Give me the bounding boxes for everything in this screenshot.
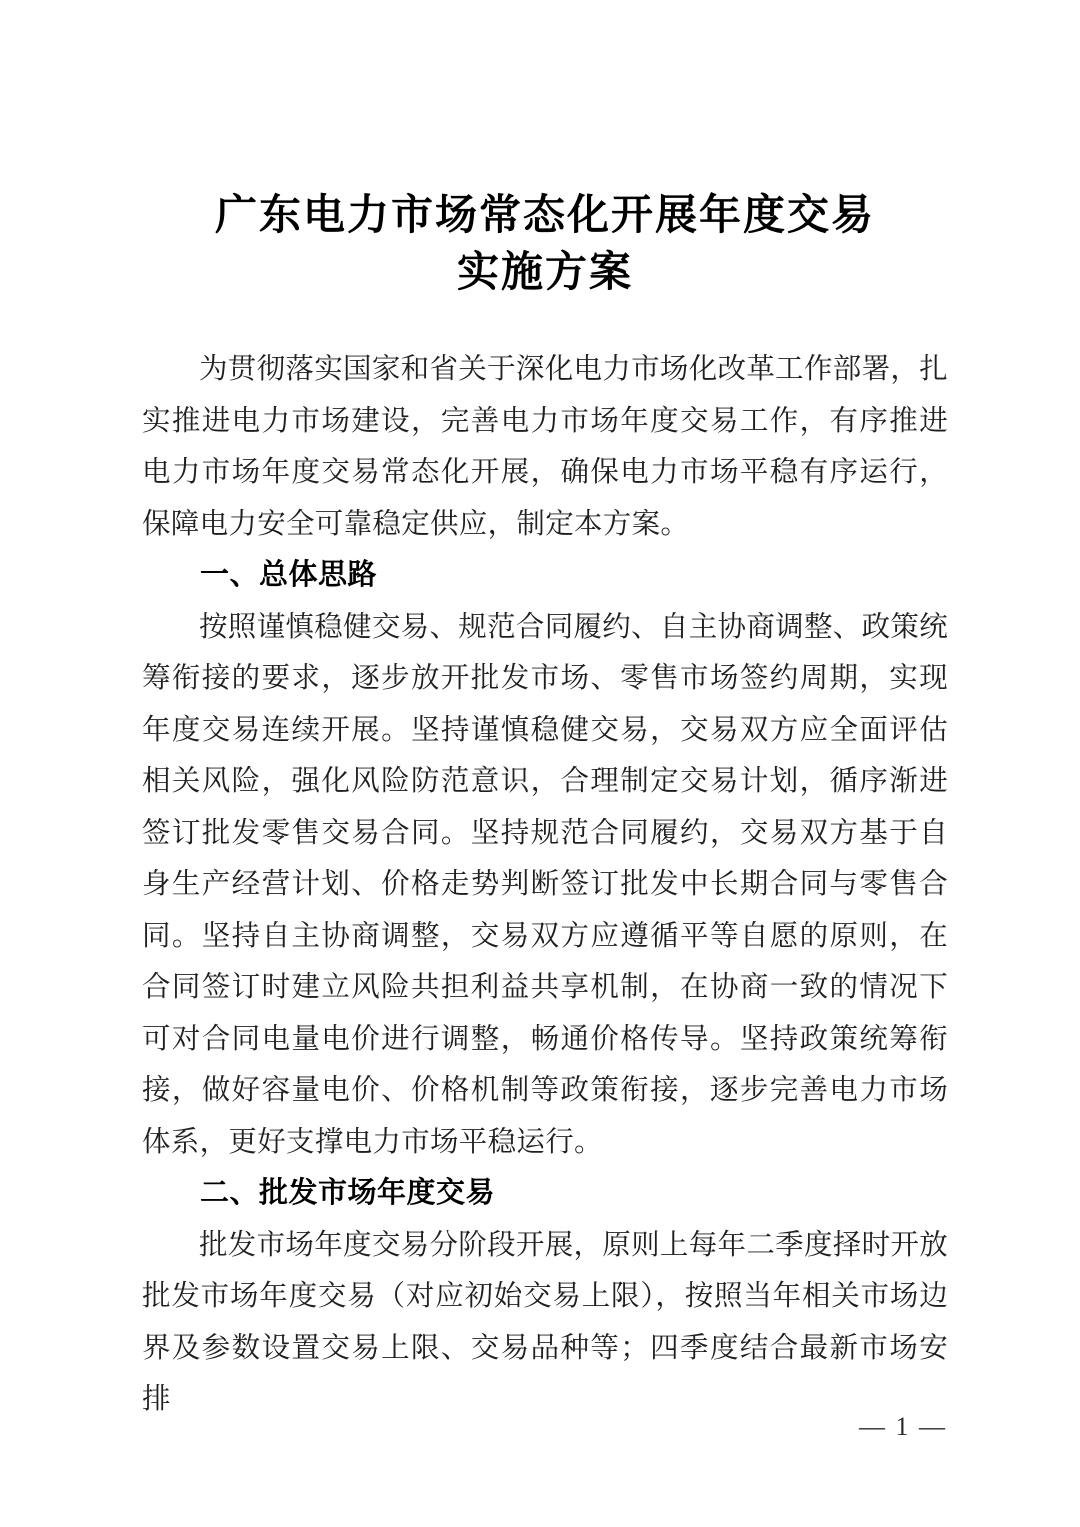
document-content: 广东电力市场常态化开展年度交易 实施方案 为贯彻落实国家和省关于深化电力市场化改… [142, 0, 948, 1426]
document-page: 广东电力市场常态化开展年度交易 实施方案 为贯彻落实国家和省关于深化电力市场化改… [0, 0, 1080, 1527]
document-title-line-2: 实施方案 [142, 245, 948, 302]
paragraph-intro: 为贯彻落实国家和省关于深化电力市场化改革工作部署，扎实推进电力市场建设，完善电力… [142, 344, 948, 550]
document-title-line-1: 广东电力市场常态化开展年度交易 [142, 188, 948, 245]
section-heading-2: 二、批发市场年度交易 [142, 1168, 948, 1220]
page-number: — 1 — [859, 1412, 947, 1442]
document-title: 广东电力市场常态化开展年度交易 实施方案 [142, 188, 948, 302]
paragraph-overall-approach: 按照谨慎稳健交易、规范合同履约、自主协商调整、政策统筹衔接的要求，逐步放开批发市… [142, 602, 948, 1169]
section-heading-1: 一、总体思路 [142, 550, 948, 602]
paragraph-wholesale-market: 批发市场年度交易分阶段开展，原则上每年二季度择时开放批发市场年度交易（对应初始交… [142, 1220, 948, 1426]
